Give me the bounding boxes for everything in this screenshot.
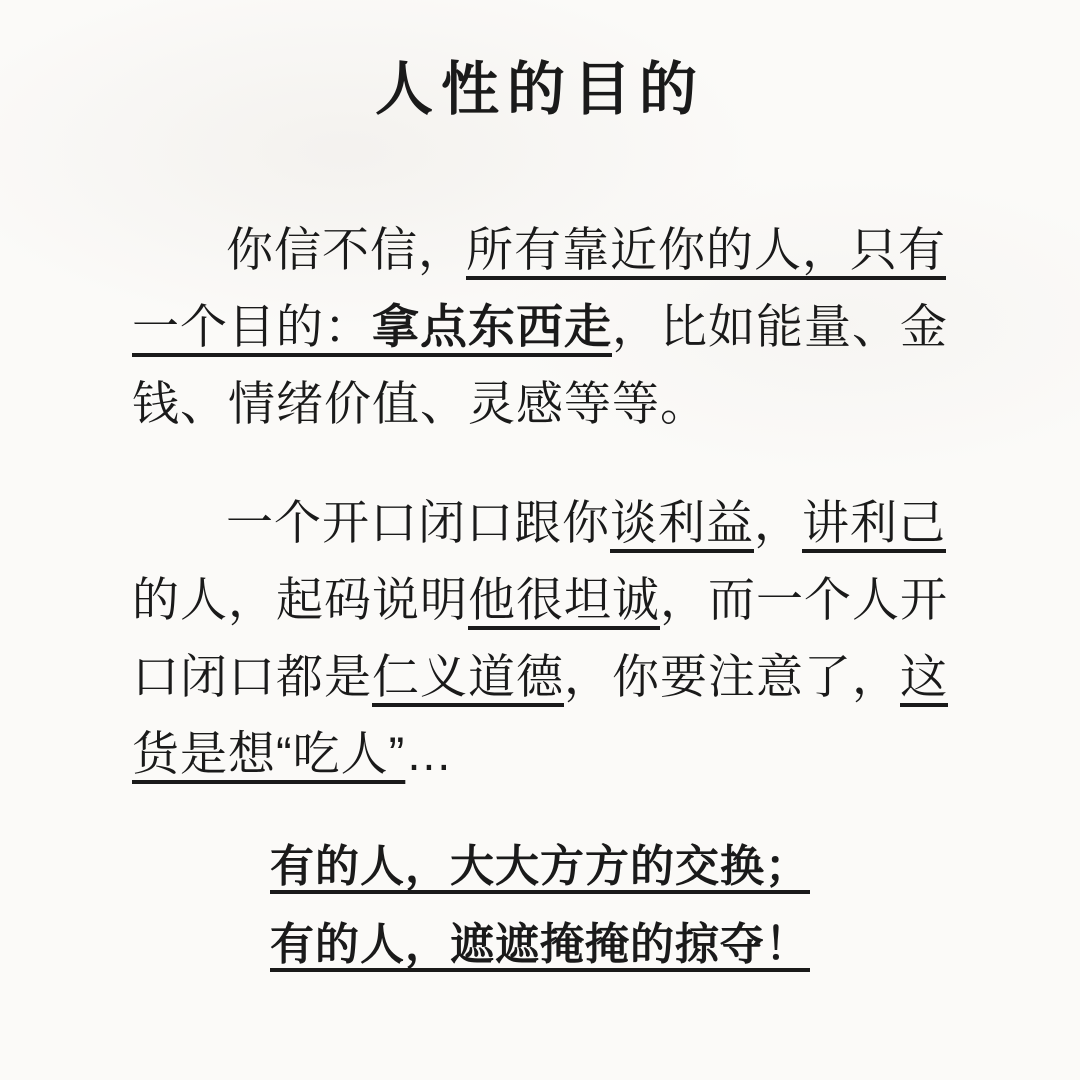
paragraph-1: 你信不信，所有靠近你的人，只有一个目的：拿点东西走，比如能量、金钱、情绪价值、灵… <box>132 211 948 442</box>
text-line: 的人，起码说明他很坦诚，而一个人开 <box>132 561 948 638</box>
text-line: 口闭口都是仁义道德，你要注意了，这 <box>132 638 948 715</box>
underlined-text: 所有靠近你的人，只有 <box>466 223 946 276</box>
text-line: 一个开口闭口跟你谈利益，讲利己 <box>132 484 948 561</box>
plain-text: 的人，起码说明 <box>132 573 468 626</box>
underlined-text: 有的人，遮遮掩掩的掠夺！ <box>270 920 810 969</box>
underlined-text: 货是想“吃人” <box>132 727 405 780</box>
bold-underlined-text: 拿点东西走 <box>372 300 612 353</box>
plain-text: ，你要注意了， <box>564 650 900 703</box>
page-title: 人性的目的 <box>132 52 948 127</box>
plain-text: ，而一个人开 <box>660 573 948 626</box>
text-line: 货是想“吃人”… <box>132 715 948 792</box>
plain-text: 一个开口闭口跟你 <box>226 496 610 549</box>
footer-line: 有的人，大大方方的交换； <box>132 828 948 906</box>
underlined-text: 讲利己 <box>802 496 946 549</box>
underlined-text: 有的人，大大方方的交换； <box>270 842 810 891</box>
footer-emphasis: 有的人，大大方方的交换；有的人，遮遮掩掩的掠夺！ <box>132 828 948 984</box>
body-text: 你信不信，所有靠近你的人，只有一个目的：拿点东西走，比如能量、金钱、情绪价值、灵… <box>132 211 948 792</box>
underlined-text: 这 <box>900 650 948 703</box>
footer-line: 有的人，遮遮掩掩的掠夺！ <box>132 906 948 984</box>
plain-text: 钱、情绪价值、灵感等等。 <box>132 377 708 430</box>
plain-text: 你信不信， <box>226 223 466 276</box>
plain-text: ， <box>754 496 802 549</box>
underlined-text: 谈利益 <box>610 496 754 549</box>
text-line: 钱、情绪价值、灵感等等。 <box>132 365 948 442</box>
underlined-text: 他很坦诚 <box>468 573 660 626</box>
plain-text: ，比如能量、金 <box>612 300 948 353</box>
underlined-text: 仁义道德 <box>372 650 564 703</box>
underlined-text: 一个目的： <box>132 300 372 353</box>
text-line: 你信不信，所有靠近你的人，只有 <box>132 211 948 288</box>
paragraph-2: 一个开口闭口跟你谈利益，讲利己的人，起码说明他很坦诚，而一个人开口闭口都是仁义道… <box>132 484 948 792</box>
plain-text: 口闭口都是 <box>132 650 372 703</box>
poster-page: 人性的目的 你信不信，所有靠近你的人，只有一个目的：拿点东西走，比如能量、金钱、… <box>0 0 1080 1080</box>
plain-text: … <box>405 727 453 780</box>
text-line: 一个目的：拿点东西走，比如能量、金 <box>132 288 948 365</box>
